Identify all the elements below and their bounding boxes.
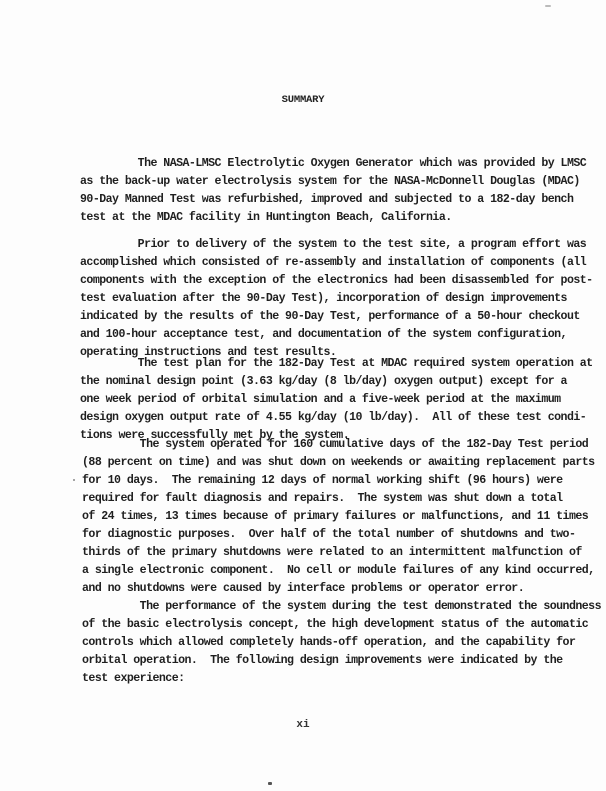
text-line: the nominal design point (3.63 kg/day (8… — [80, 373, 590, 391]
text-line: test experience: — [82, 670, 592, 688]
text-line: The NASA-LMSC Electrolytic Oxygen Genera… — [80, 155, 590, 173]
text-line: one week period of orbital simulation an… — [80, 391, 590, 409]
text-line: design oxygen output rate of 4.55 kg/day… — [80, 409, 590, 427]
page-number: xi — [0, 719, 606, 731]
text-line: thirds of the primary shutdowns were rel… — [82, 544, 592, 562]
text-line: of 24 times, 13 times because of primary… — [82, 508, 592, 526]
text-line: as the back-up water electrolysis system… — [80, 173, 590, 191]
text-line: and no shutdowns were caused by interfac… — [82, 580, 592, 598]
text-line: 90-Day Manned Test was refurbished, impr… — [80, 191, 590, 209]
text-line: for diagnostic purposes. Over half of th… — [82, 526, 592, 544]
text-line: a single electronic component. No cell o… — [82, 562, 592, 580]
text-line: of the basic electrolysis concept, the h… — [82, 616, 592, 634]
scan-speck — [268, 782, 272, 785]
text-line: orbital operation. The following design … — [82, 652, 592, 670]
paragraph-1: The NASA-LMSC Electrolytic Oxygen Genera… — [80, 155, 590, 227]
text-line: indicated by the results of the 90-Day T… — [80, 308, 590, 326]
section-heading: SUMMARY — [0, 94, 606, 106]
text-line: components with the exception of the ele… — [80, 272, 590, 290]
text-line: (88 percent on time) and was shut down o… — [82, 454, 592, 472]
text-line: required for fault diagnosis and repairs… — [82, 490, 592, 508]
text-line: test evaluation after the 90-Day Test), … — [80, 290, 590, 308]
paragraph-2: Prior to delivery of the system to the t… — [80, 236, 590, 362]
paragraph-3: The test plan for the 182-Day Test at MD… — [80, 355, 590, 445]
scan-speck — [73, 479, 75, 481]
text-line: Prior to delivery of the system to the t… — [80, 236, 590, 254]
text-line: The test plan for the 182-Day Test at MD… — [80, 355, 590, 373]
text-line: and 100-hour acceptance test, and docume… — [80, 326, 590, 344]
text-line: controls which allowed completely hands-… — [82, 634, 592, 652]
text-line: accomplished which consisted of re-assem… — [80, 254, 590, 272]
text-line: The performance of the system during the… — [82, 598, 592, 616]
text-line: The system operated for 160 cumulative d… — [82, 436, 592, 454]
paragraph-5: The performance of the system during the… — [82, 598, 592, 688]
paragraph-4: The system operated for 160 cumulative d… — [82, 436, 592, 598]
text-line: test at the MDAC facility in Huntington … — [80, 209, 590, 227]
scan-speck — [545, 5, 551, 7]
text-line: for 10 days. The remaining 12 days of no… — [82, 472, 592, 490]
document-page: SUMMARY The NASA-LMSC Electrolytic Oxyge… — [0, 0, 606, 791]
